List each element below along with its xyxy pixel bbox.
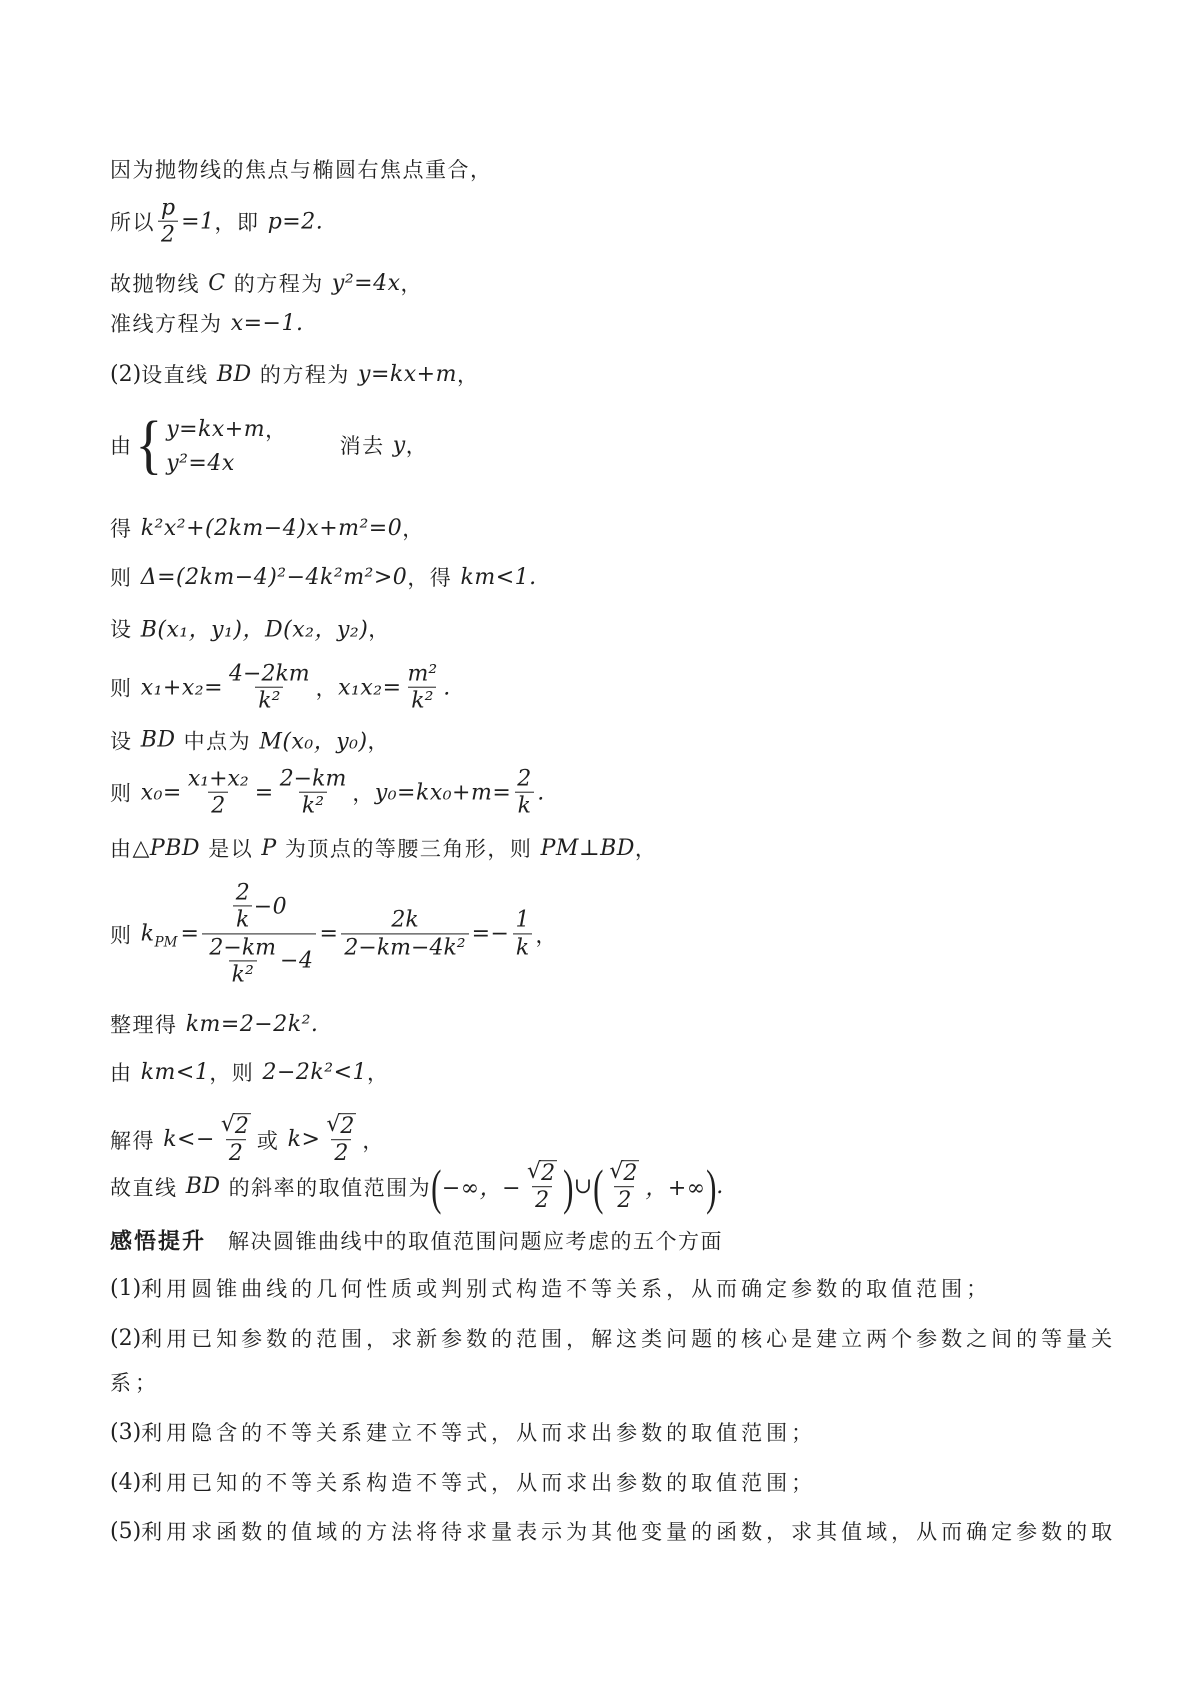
solution-line-12: 则 x₀=x₁+x₂2=2−kmk²，y₀=kx₀+m=2k. [110,767,545,820]
text-run: 系； [110,1367,160,1397]
fraction: 2k [514,767,534,820]
math-run: y²=4x [332,271,401,296]
math-run: x=−1. [231,311,304,336]
radical: √2 [326,1113,356,1139]
fraction-numerator: 4−2km [226,662,313,687]
math-run: k [141,922,155,947]
fraction-denominator: k² [229,960,257,987]
text-run: 利用圆锥曲线的几何性质或判别式构造不等关系，从而确定参数的取值范围； [141,1273,991,1303]
text-run: ，得 [407,562,460,592]
close-paren: ) [563,1166,573,1209]
math-run: ，+∞ [645,1172,705,1203]
fraction-numerator: √2 [524,1160,560,1186]
solution-line-09: 设 B(x₁，y₁)，D(x₂，y₂)， [110,613,391,644]
math-run: k²x²+(2km−4)x+m²=0 [141,516,403,541]
math-run: =− [472,922,510,947]
text-run: 利用求函数的值域的方法将待求量表示为其他变量的函数，求其值域，从而确定参数的取 [141,1516,1116,1546]
text-run: 设直线 [141,359,217,389]
fraction-denominator: 2 [158,221,178,248]
solution-line-07: 得 k²x²+(2km−4)x+m²=0， [110,513,425,543]
text-run: 所以 [110,207,155,237]
fraction: p2 [158,196,178,249]
solution-line-02: 所以p2=1，即 p=2. [110,196,323,249]
solution-line-11: 设 BD 中点为 M(x₀，y₀)， [110,725,390,756]
solution-line-13: 由△PBD 是以 P 为顶点的等腰三角形，则 PM⊥BD， [110,833,657,863]
fraction: m²k² [405,662,441,715]
text-run: ， [368,613,391,643]
text-run: 整理得 [110,1009,186,1039]
fraction-denominator: k² [299,792,327,819]
fraction: x₁+x₂2 [185,767,252,820]
fraction-numerator: 2−km [206,935,279,960]
close-paren: ) [706,1166,716,1209]
text-run: 设 [110,613,141,643]
system-row: y²=4x [166,451,235,476]
solution-line-10: 则 x₁+x₂=4−2kmk²，x₁x₂=m²k². [110,662,451,715]
list-marker: (1) [110,1276,141,1301]
sqrt-fraction: √22 [218,1113,254,1167]
fraction-numerator: 2 [514,767,534,792]
radical: √2 [527,1160,557,1186]
fraction-numerator: 2−km [277,767,350,792]
text-run: 利用已知的不等关系构造不等式，从而求出参数的取值范围； [141,1467,816,1497]
fraction-denominator: k [233,906,252,933]
radical-sign: √ [326,1112,340,1137]
text-run: 的斜率的取值范围为 [221,1172,432,1202]
math-run: △PBD [133,836,201,861]
open-paren: ( [593,1166,603,1209]
math-run: 2−2k²<1 [263,1060,368,1085]
math-run: y [393,433,406,458]
solution-line-17: 解得 k<−√22或 k>√22， [110,1113,385,1167]
list-marker: (2) [110,1326,141,1351]
radical-sign: √ [609,1159,623,1184]
sqrt-fraction: √22 [606,1160,642,1214]
fraction-denominator: k [513,933,532,960]
text-run: ， [457,359,480,389]
insight-heading-label: 感悟提升 [110,1225,206,1256]
fraction-numerator: √2 [323,1113,359,1139]
math-run: −4 [280,949,313,974]
math-run: x₀= [141,781,182,806]
fraction-numerator: 2k [388,908,421,933]
tip-line-2: (2)利用已知参数的范围，求新参数的范围，解这类问题的核心是建立两个参数之间的等… [110,1323,1116,1353]
sqrt-fraction: √22 [323,1113,359,1167]
equation-system: y=kx+m，y²=4x [166,414,287,476]
fraction-denominator: 2 [532,1187,552,1214]
fraction: 1k [512,908,532,961]
fraction: 2k2−km−4k² [341,908,468,961]
radical: √2 [221,1113,251,1139]
nested-fraction: 2k [233,880,253,933]
list-marker: (3) [110,1420,141,1445]
math-run: BD [217,362,252,387]
text-run: 得 [110,513,141,543]
solution-line-18: 故直线 BD 的斜率的取值范围为(−∞，−√22)∪(√22，+∞). [110,1160,724,1214]
open-paren: ( [431,1166,441,1209]
system-brace: { [135,415,162,474]
math-run: Δ=(2km−4)²−4k²m²>0 [141,565,408,590]
fraction-denominator: 2−km−4k² [341,933,468,960]
solution-line-15: 整理得 km=2−2k². [110,1009,318,1039]
math-run: =1 [181,210,214,235]
text-run: ， [316,673,339,703]
math-run: . [537,781,545,806]
math-run: km<1. [461,565,537,590]
math-run: x₁x₂= [338,676,401,701]
fraction-numerator: 1 [512,908,532,933]
fraction-numerator: m² [405,662,441,687]
math-run: y=kx+m [166,417,265,442]
text-run: 为顶点的等腰三角形，则 [277,833,541,863]
text-run: ， [367,1057,390,1087]
math-run: = [180,922,199,947]
fraction-denominator: 2 [614,1187,634,1214]
text-run: ， [352,778,375,808]
text-run: 设 [110,725,141,755]
sqrt-fraction: √22 [524,1160,560,1214]
fraction-denominator: 2−kmk²−4 [202,933,316,988]
math-run: y=kx+m [358,362,457,387]
tip-line-5: (5)利用求函数的值域的方法将待求量表示为其他变量的函数，求其值域，从而确定参数… [110,1516,1116,1546]
insight-heading-text: 解决圆锥曲线中的取值范围问题应考虑的五个方面 [228,1225,723,1255]
radicand: 2 [234,1113,251,1139]
solution-line-01: 因为抛物线的焦点与椭圆右焦点重合， [110,154,493,184]
tip-line-4: (4)利用已知的不等关系构造不等式，从而求出参数的取值范围； [110,1467,816,1497]
list-marker: (5) [110,1519,141,1544]
math-run: M(x₀，y₀) [259,725,367,756]
fraction-denominator: 2 [208,792,228,819]
math-run: k> [288,1128,321,1153]
text-run: ， [535,919,558,949]
math-run: y²=4x [166,451,235,476]
math-run: k<− [163,1128,215,1153]
text-run: 因为抛物线的焦点与椭圆右焦点重合， [110,154,493,184]
math-run: . [443,676,451,701]
text-run: ， [400,268,423,298]
math-run: = [255,781,274,806]
fraction: 4−2kmk² [226,662,313,715]
math-run: km<1 [141,1060,210,1085]
math-run: y₀=kx₀+m= [375,781,511,806]
system-row: y=kx+m， [166,414,287,444]
nested-fraction: 2−kmk² [206,935,279,988]
list-marker: (4) [110,1470,141,1495]
text-run: 准线方程为 [110,308,231,338]
math-run: km=2−2k². [186,1012,319,1037]
big-fraction: 2k−02−kmk²−4 [202,880,316,987]
math-run: PM⊥BD [541,836,635,861]
fraction-numerator: √2 [606,1160,642,1186]
text-run: ， [368,725,391,755]
text-run: 解得 [110,1125,163,1155]
tip-line-3: (3)利用隐含的不等关系建立不等式，从而求出参数的取值范围； [110,1417,816,1447]
math-subscript: PM [155,934,178,950]
fraction-numerator: 2 [233,880,253,905]
text-run: 由 [110,430,133,460]
solution-line-08: 则 Δ=(2km−4)²−4k²m²>0，得 km<1. [110,562,537,592]
radicand: 2 [540,1160,557,1186]
text-run: 的方程为 [252,359,358,389]
math-run: −0 [254,894,287,919]
text-run: ， [362,1125,385,1155]
text-run: 或 [257,1125,288,1155]
insight-heading-line: 感悟提升解决圆锥曲线中的取值范围问题应考虑的五个方面 [110,1225,723,1256]
radicand: 2 [339,1113,356,1139]
radical-sign: √ [527,1159,541,1184]
math-run: BD [141,728,176,753]
fraction: 2−kmk² [277,767,350,820]
solution-line-14: 则 kPM=2k−02−kmk²−4=2k2−km−4k²=−1k， [110,880,558,987]
text-run: 故抛物线 [110,268,208,298]
math-run: P [261,836,276,861]
text-run: 中点为 [176,725,260,755]
union-symbol: ∪ [574,1175,593,1200]
math-run: = [319,922,338,947]
document-page: 因为抛物线的焦点与椭圆右焦点重合， 所以p2=1，即 p=2. 故抛物线 C 的… [0,0,1200,1698]
radicand: 2 [622,1160,639,1186]
text-run: 故直线 [110,1172,186,1202]
fraction-denominator: k² [408,687,436,714]
tip-line-2-cont: 系； [110,1367,160,1397]
math-run: . [716,1175,724,1200]
text-run: ，则 [209,1057,262,1087]
fraction-numerator: √2 [218,1113,254,1139]
math-run: x₁+x₂= [141,676,223,701]
solution-line-03: 故抛物线 C 的方程为 y²=4x， [110,268,423,298]
text-run: 利用已知参数的范围，求新参数的范围，解这类问题的核心是建立两个参数之间的等量关 [141,1323,1116,1353]
tip-line-1: (1)利用圆锥曲线的几何性质或判别式构造不等关系，从而确定参数的取值范围； [110,1273,991,1303]
text-run: ， [402,513,425,543]
math-run: BD [186,1175,221,1200]
math-run: −∞，− [442,1172,521,1203]
text-run: 的方程为 [226,268,332,298]
text-run: ，即 [215,207,268,237]
fraction-denominator: k [515,792,534,819]
radical-sign: √ [221,1112,235,1137]
solution-line-06: 由{y=kx+m，y²=4x消去 y， [110,414,428,476]
fraction-numerator: x₁+x₂ [185,767,252,792]
fraction-numerator: 2k−0 [229,880,290,933]
solution-line-16: 由 km<1，则 2−2k²<1， [110,1057,390,1087]
text-run: 是以 [200,833,261,863]
solution-line-05: (2)设直线 BD 的方程为 y=kx+m， [110,359,479,389]
math-run: C [208,271,225,296]
text-run: 由 [110,1057,141,1087]
text-run: ， [265,414,288,444]
part-marker: (2) [110,362,141,387]
text-run: 则 [110,562,141,592]
math-run: p=2. [268,210,324,235]
text-run: 则 [110,673,141,703]
text-run: 利用隐含的不等关系建立不等式，从而求出参数的取值范围； [141,1417,816,1447]
text-run: 由 [110,833,133,863]
text-run: ， [406,430,429,460]
radical: √2 [609,1160,639,1186]
fraction-denominator: k² [255,687,283,714]
text-run: ， [635,833,658,863]
solution-line-04: 准线方程为 x=−1. [110,308,303,338]
text-run: 则 [110,778,141,808]
text-run: 则 [110,919,141,949]
fraction-numerator: p [158,196,178,221]
math-run: B(x₁，y₁)，D(x₂，y₂) [141,613,369,644]
text-run: 消去 [340,430,393,460]
